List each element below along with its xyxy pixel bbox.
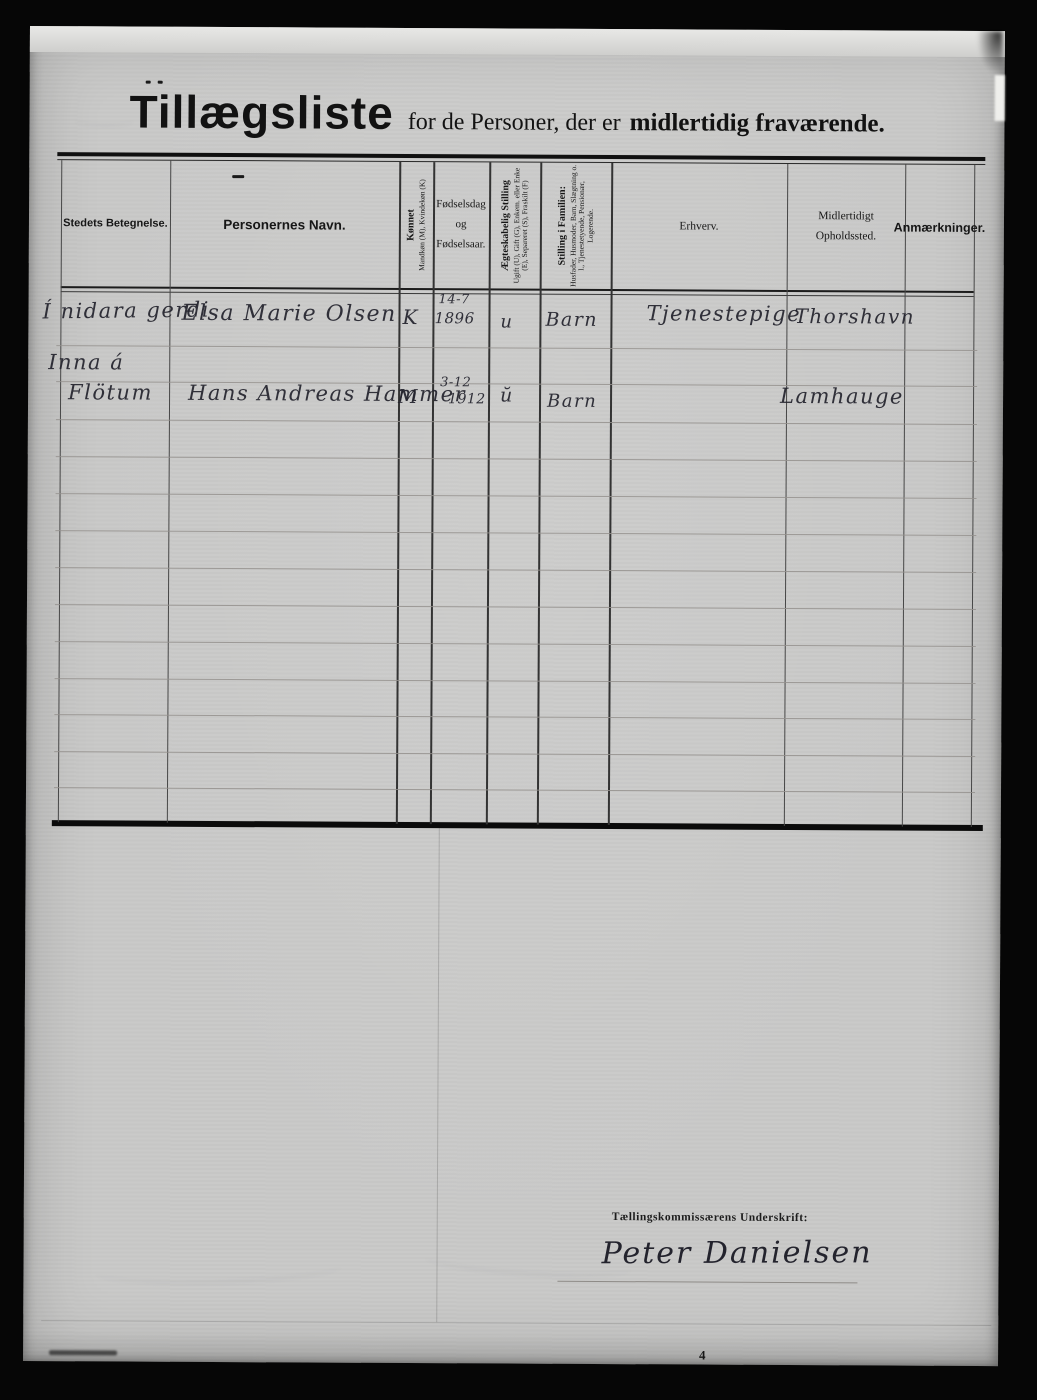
entry2-marital: ŭ bbox=[500, 384, 514, 406]
table-row-line bbox=[56, 493, 977, 499]
col-header-name-label: Personernes Navn. bbox=[223, 217, 345, 233]
col-header-family: Stilling i Familien: Husfader, Husmoder,… bbox=[540, 163, 612, 289]
col-header-place: Stedets Betegnelse. bbox=[61, 160, 171, 287]
col-header-sex-main: Kønnet bbox=[405, 209, 417, 241]
table-row-line bbox=[56, 456, 977, 462]
col-header-occupation: Erhverv. bbox=[611, 163, 788, 290]
ink-bleedthrough bbox=[93, 1251, 344, 1286]
table-row-line bbox=[54, 751, 975, 757]
scan-edge-highlight bbox=[995, 75, 1005, 121]
col-header-birth: Fødselsdag og Fødselsaar. bbox=[433, 162, 490, 288]
table-row-line bbox=[55, 641, 976, 647]
table-row-line bbox=[55, 567, 976, 573]
entry1-family: Barn bbox=[545, 309, 598, 331]
col-header-location: Midlertidigt Opholdssted. bbox=[787, 164, 906, 291]
entry2-place: Flötum bbox=[68, 380, 153, 404]
entry2-name: Hans Andreas Hammer bbox=[188, 381, 466, 406]
page-title-bold: midlertidig fraværende. bbox=[630, 109, 885, 138]
paper-bottom-edge bbox=[23, 1331, 998, 1366]
ink-bleedthrough bbox=[74, 114, 134, 126]
entry2-sex: M bbox=[398, 386, 419, 408]
signature-line bbox=[557, 1281, 857, 1284]
col-header-name: Personernes Navn. bbox=[170, 161, 400, 288]
col-header-place-label: Stedets Betegnelse. bbox=[63, 215, 168, 232]
table-bottom-rule bbox=[52, 820, 983, 831]
entry1-name: Elsa Marie Olsen bbox=[181, 301, 396, 327]
entry2-location: Lamhauge bbox=[780, 384, 904, 409]
entry1-birth-year: 1896 bbox=[434, 309, 474, 327]
table-row-line bbox=[55, 604, 976, 610]
table-row-line bbox=[55, 530, 976, 536]
col-header-sex: Kønnet Mandkøn (M), Kvindekøn (K) bbox=[399, 162, 434, 288]
page-title: Tillægsliste for de Personer, der er mid… bbox=[129, 85, 885, 143]
table-row-line bbox=[54, 787, 975, 793]
paper-top-edge bbox=[30, 26, 1005, 57]
col-header-marital: Ægteskabelig Stilling Ugift (U), Gift (G… bbox=[489, 162, 541, 288]
entry2-birth-year: 1912 bbox=[448, 391, 486, 407]
col-header-marital-main: Ægteskabelig Stilling bbox=[499, 180, 511, 271]
scan-smudge bbox=[977, 31, 1003, 75]
table-row-line bbox=[56, 345, 977, 351]
col-header-marital-sub: Ugift (U), Gift (G), Enkem. eller Enke (… bbox=[512, 165, 530, 287]
entry2-birth-day: 3-12 bbox=[440, 375, 471, 390]
table-row-line bbox=[54, 714, 975, 720]
faint-column-line bbox=[436, 828, 440, 1322]
ink-speck bbox=[146, 81, 151, 84]
entry1-location: Thorshavn bbox=[794, 304, 915, 329]
col-header-family-sub: Husfader, Husmoder, Barn, Slægtning o. l… bbox=[568, 165, 595, 287]
entry1-marital: u bbox=[500, 311, 513, 332]
entry2-family: Barn bbox=[547, 391, 597, 412]
signature-label: Tællingskommissærens Underskrift: bbox=[612, 1211, 808, 1224]
col-header-family-main: Stilling i Familien: bbox=[556, 186, 568, 266]
entry1-place-line2: Inna á bbox=[48, 350, 124, 374]
table-row-line bbox=[55, 678, 976, 684]
signature-handwritten: Peter Danielsen bbox=[602, 1235, 873, 1271]
table-row-line bbox=[56, 419, 977, 425]
col-header-location-label: Midlertidigt Opholdssted. bbox=[816, 208, 877, 247]
census-form-page: Tillægsliste for de Personer, der er mid… bbox=[23, 26, 1005, 1366]
entry1-birth-day: 14-7 bbox=[439, 292, 470, 307]
page-title-mid: for de Personer, der er bbox=[408, 109, 621, 137]
entry1-occupation: Tjenestepige bbox=[646, 301, 801, 326]
faint-footer-line bbox=[41, 1320, 991, 1326]
page-title-main: Tillægsliste bbox=[129, 85, 394, 140]
col-header-remarks-label: Anmærkninger. bbox=[894, 221, 986, 235]
col-header-birth-label: Fødselsdag og Fødselsaar. bbox=[436, 195, 486, 255]
col-header-occupation-label: Erhverv. bbox=[679, 220, 718, 232]
ink-speck bbox=[158, 81, 163, 84]
entry1-sex: K bbox=[402, 305, 419, 329]
col-header-remarks: Anmærkninger. bbox=[905, 165, 975, 291]
col-header-sex-sub: Mandkøn (M), Kvindekøn (K) bbox=[418, 179, 427, 271]
